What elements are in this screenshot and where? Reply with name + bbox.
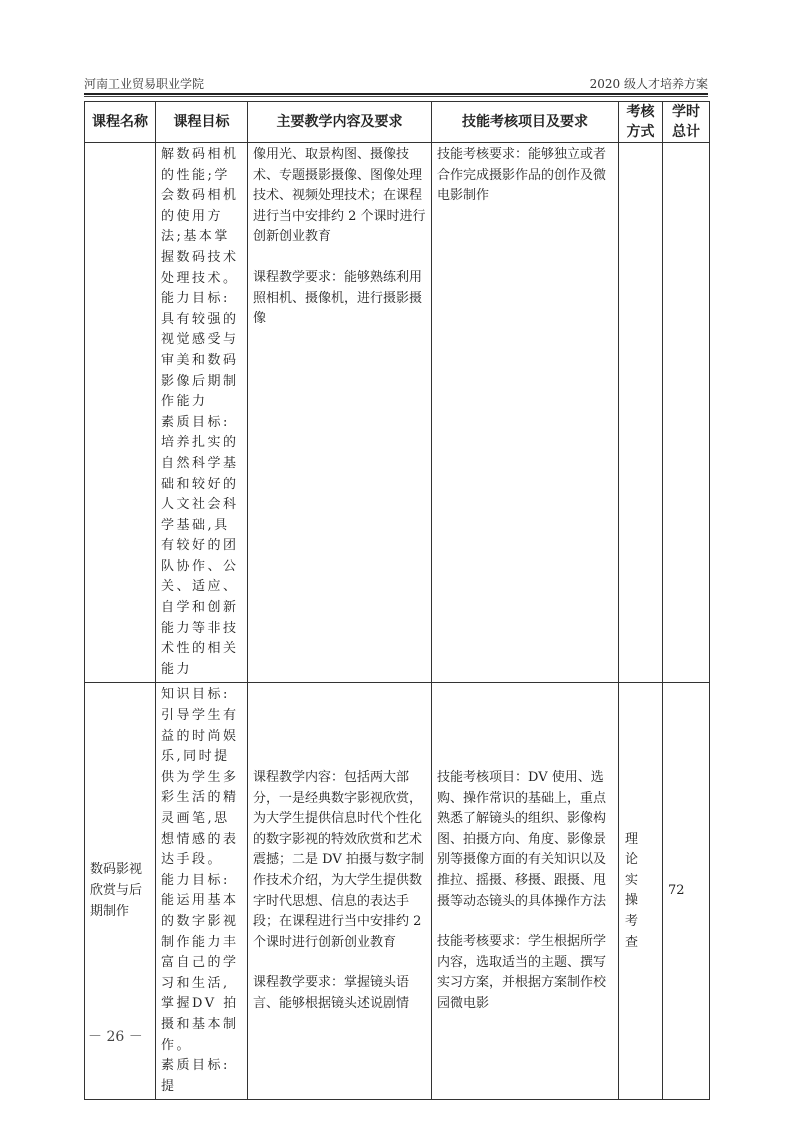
skill-requirement: 技能考核要求：学生根据所学内容，选取适当的主题、撰写实习方案，并根据方案制作校园… [437,932,613,1014]
column-header-exam-method: 考核方式 [619,102,663,143]
course-goal-cell: 解数码相机的性能;学会数码相机的使用方法;基本掌握数码技术处理技术。 能力目标:… [156,143,248,683]
teaching-content-cell: 课程教学内容：包括两大部分，一是经典数字影视欣赏，为大学生提供信息时代个性化的数… [248,683,432,1100]
page-header: 河南工业贸易职业学院 2020 级人才培养方案 [84,75,708,93]
document-title: 2020 级人才培养方案 [590,75,708,92]
course-goal-cell: 知识目标:引导学生有益的时尚娱乐,同时提供为学生多彩生活的精灵画笔,思想情感的表… [156,683,248,1100]
column-header-total-hours: 学时总计 [663,102,710,143]
total-hours-cell: 72 [663,683,710,1100]
total-hours-cell [663,143,710,683]
header-rule-thin [84,96,708,97]
column-header-course-goal: 课程目标 [156,102,248,143]
course-table: 课程名称 课程目标 主要教学内容及要求 技能考核项目及要求 考核方式 学时总计 … [84,101,710,1100]
table-row: 数码影视欣赏与后期制作 知识目标:引导学生有益的时尚娱乐,同时提供为学生多彩生活… [85,683,710,1100]
header-rule-thick [84,93,708,95]
goal-knowledge: 知识目标:引导学生有益的时尚娱乐,同时提供为学生多彩生活的精灵画笔,思想情感的表… [161,685,242,870]
content-text: 课程教学内容：包括两大部分，一是经典数字影视欣赏，为大学生提供信息时代个性化的数… [253,768,426,953]
course-name-cell [85,143,156,683]
goal-quality: 素质目标:培养扎实的自然科学基础和较好的人文社会科学基础,具有较好的团队协作、公… [161,413,242,681]
institution-name: 河南工业贸易职业学院 [84,75,204,92]
content-requirement: 课程教学要求：能够熟练利用照相机、摄像机，进行摄影摄像 [253,268,426,330]
goal-ability: 能力目标:能运用基本的数字影视制作能力丰富自己的学习和生活,掌握DV 拍摄和基本… [161,871,242,1056]
content-requirement: 课程教学要求：掌握镜头语言、能够根据镜头述说剧情 [253,973,426,1014]
teaching-content-cell: 像用光、取景构图、摄像技术、专题摄影摄像、图像处理技术、视频处理技术；在课程进行… [248,143,432,683]
table-row: 解数码相机的性能;学会数码相机的使用方法;基本掌握数码技术处理技术。 能力目标:… [85,143,710,683]
goal-knowledge: 解数码相机的性能;学会数码相机的使用方法;基本掌握数码技术处理技术。 [161,147,239,286]
column-header-course-name: 课程名称 [85,102,156,143]
exam-method-cell [619,143,663,683]
table-header-row: 课程名称 课程目标 主要教学内容及要求 技能考核项目及要求 考核方式 学时总计 [85,102,710,143]
column-header-teaching-content: 主要教学内容及要求 [248,102,432,143]
skill-assessment-cell: 技能考核要求：能够独立或者合作完成摄影作品的创作及微电影制作 [432,143,619,683]
goal-ability: 能力目标:具有较强的视觉感受与审美和数码影像后期制作能力 [161,289,242,413]
column-header-skill-assessment: 技能考核项目及要求 [432,102,619,143]
goal-quality: 素质目标:提 [161,1056,242,1097]
skill-requirement: 技能考核要求：能够独立或者合作完成摄影作品的创作及微电影制作 [437,145,613,207]
content-text: 像用光、取景构图、摄像技术、专题摄影摄像、图像处理技术、视频处理技术；在课程进行… [253,145,426,248]
exam-method-cell: 理论实操考查 [619,683,663,1100]
skill-assessment-cell: 技能考核项目：DV 使用、选购、操作常识的基础上，重点熟悉了解镜头的组织、影像构… [432,683,619,1100]
page-number: － 26 － [88,1026,143,1046]
skill-items: 技能考核项目：DV 使用、选购、操作常识的基础上，重点熟悉了解镜头的组织、影像构… [437,768,613,912]
